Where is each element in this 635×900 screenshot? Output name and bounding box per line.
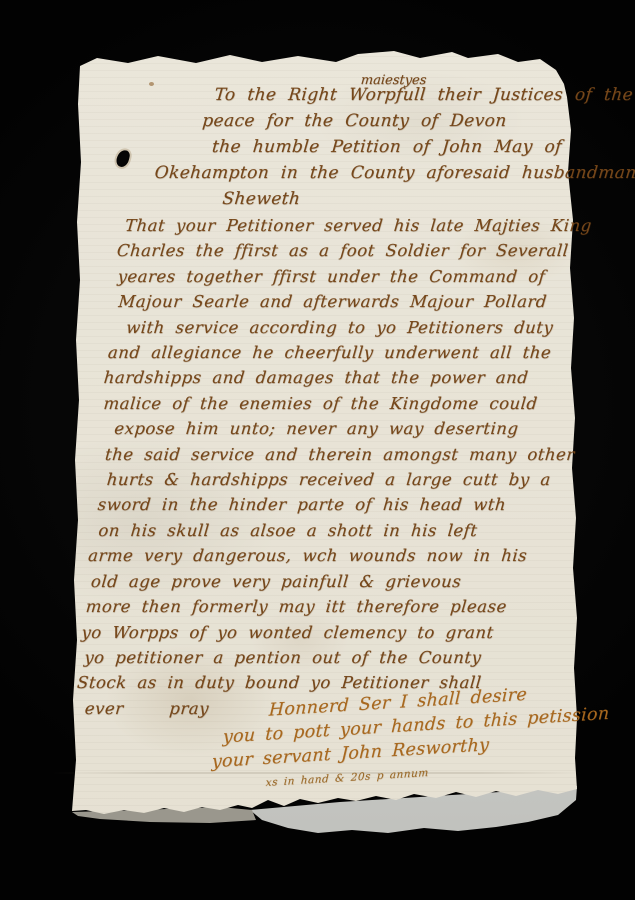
manuscript-line: yo Worpps of yo wonted clemency to grant xyxy=(80,620,560,645)
manuscript-line: hardshipps and damages that the power an… xyxy=(103,365,583,390)
manuscript-line: That your Petitioner served his late Maj… xyxy=(124,213,596,238)
photo-canvas: maiestyes To the Right Worpfull their Ju… xyxy=(0,0,635,900)
manuscript-line: hurts & hardshipps received a large cutt… xyxy=(106,467,574,492)
manuscript-line: on his skull as alsoe a shott in his lef… xyxy=(97,518,569,543)
manuscript-line: and allegiance he cheerfully underwent a… xyxy=(107,340,585,365)
manuscript-line: sword in the hinder parte of his head wt… xyxy=(97,492,572,517)
heading-line: To the Right Worpfull their Justices of … xyxy=(213,82,635,108)
manuscript-line: expose him unto; never any way deserting xyxy=(113,416,578,441)
manuscript-line: with service according to yo Petitioners… xyxy=(125,315,587,340)
heading-block: maiestyes To the Right Worpfull their Ju… xyxy=(149,82,635,212)
manuscript-line: Majour Searle and afterwards Majour Poll… xyxy=(117,289,589,314)
heading-line: peace for the County of Devon xyxy=(201,108,635,134)
heading-line: the humble Petition of John May of xyxy=(211,134,635,160)
manuscript-line: Charles the ffirst as a foot Soldier for… xyxy=(116,238,594,263)
manuscript-line: yeares together ffirst under the Command… xyxy=(117,264,592,289)
manuscript-line: yo petitioner a pention out of the Count… xyxy=(83,645,558,670)
manuscript-line: more then formerly may itt therefore ple… xyxy=(85,594,563,619)
manuscript-line: malice of the enemies of the Kingdome co… xyxy=(102,391,580,416)
manuscript-line: old age prove very painfull & grievous xyxy=(90,569,565,594)
manuscript-line: the said service and therein amongst man… xyxy=(104,442,576,467)
heading-line: Okehampton in the County aforesaid husba… xyxy=(154,160,635,186)
heading-line: Sheweth xyxy=(221,186,635,212)
petition-body-block: That your Petitioner served his late Maj… xyxy=(74,213,596,721)
ink-speck xyxy=(149,82,154,86)
manuscript-line: arme very dangerous, wch wounds now in h… xyxy=(87,543,567,568)
